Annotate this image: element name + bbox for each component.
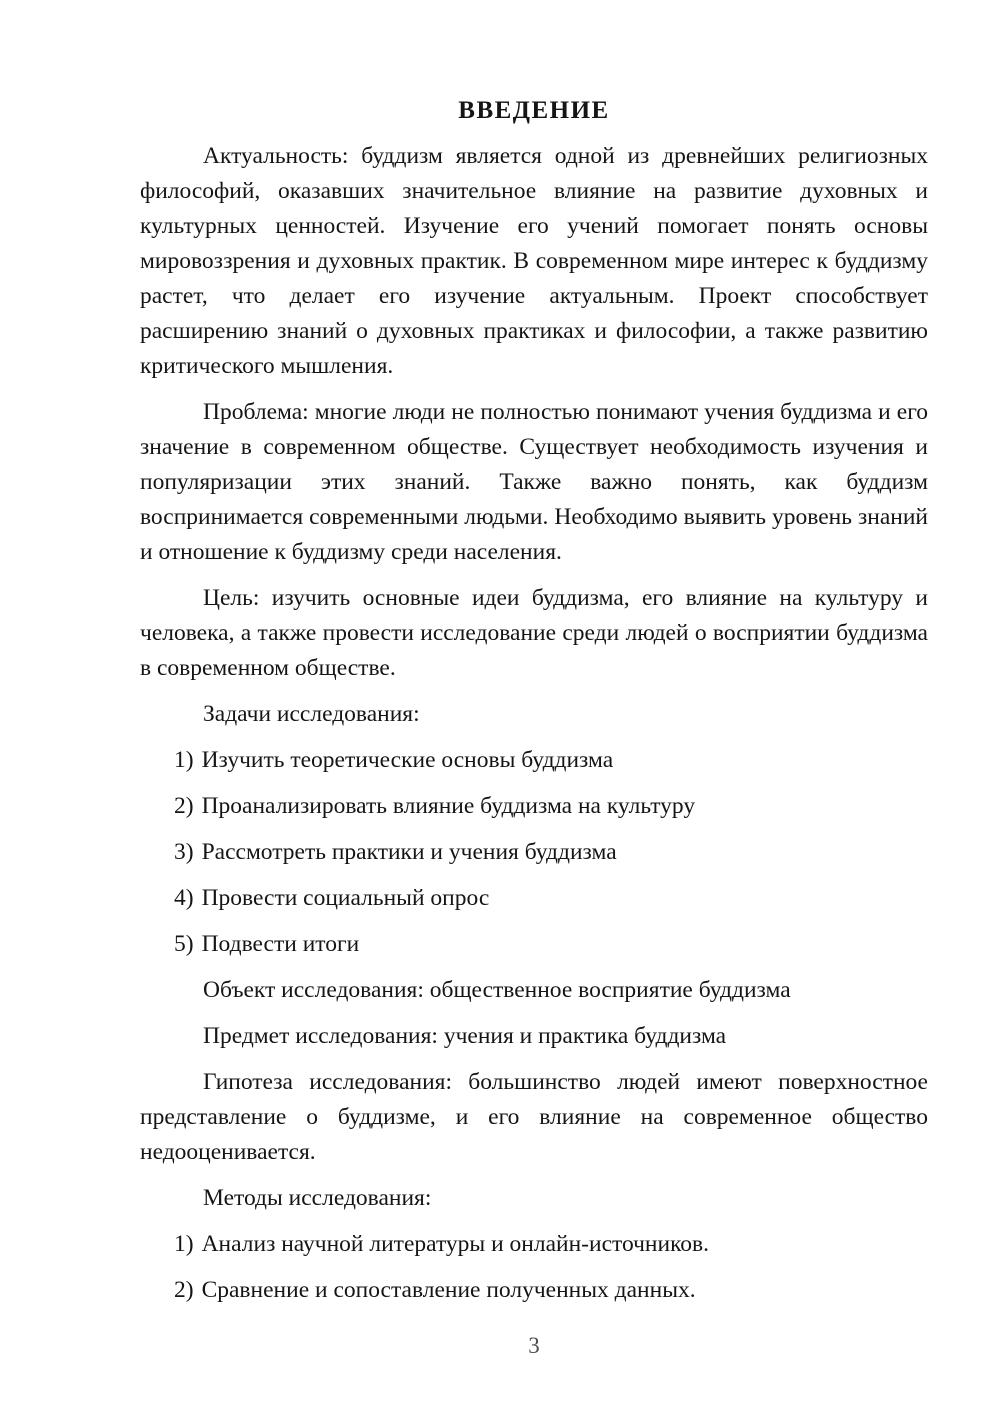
document-page: ВВЕДЕНИЕ Актуальность: буддизм является … [0, 0, 1000, 1414]
task-item-text: Подвести итоги [202, 931, 360, 957]
task-item-3: 3)Рассмотреть практики и учения буддизма [174, 835, 928, 870]
task-item-number: 5) [174, 931, 194, 957]
task-item-2: 2)Проанализировать влияние буддизма на к… [174, 789, 928, 824]
paragraph-problem: Проблема: многие люди не полностью поним… [140, 395, 928, 570]
task-item-1: 1)Изучить теоретические основы буддизма [174, 743, 928, 778]
task-item-number: 3) [174, 839, 194, 865]
paragraph-goal: Цель: изучить основные идеи буддизма, ег… [140, 581, 928, 686]
page-number: 3 [140, 1328, 928, 1363]
page-title: ВВЕДЕНИЕ [140, 93, 928, 128]
task-item-text: Проанализировать влияние буддизма на кул… [202, 793, 696, 819]
task-item-text: Рассмотреть практики и учения буддизма [202, 839, 617, 865]
task-item-4: 4)Провести социальный опрос [174, 881, 928, 916]
paragraph-object: Объект исследования: общественное воспри… [140, 973, 928, 1008]
methods-list: 1)Анализ научной литературы и онлайн-ист… [174, 1227, 928, 1308]
method-item-number: 1) [174, 1231, 194, 1257]
method-item-text: Анализ научной литературы и онлайн-источ… [202, 1231, 709, 1257]
task-item-5: 5)Подвести итоги [174, 927, 928, 962]
tasks-heading: Задачи исследования: [140, 697, 928, 732]
method-item-1: 1)Анализ научной литературы и онлайн-ист… [174, 1227, 928, 1262]
task-item-number: 1) [174, 747, 194, 773]
task-item-number: 4) [174, 885, 194, 911]
method-item-number: 2) [174, 1277, 194, 1303]
methods-heading: Методы исследования: [140, 1181, 928, 1216]
method-item-2: 2)Сравнение и сопоставление полученных д… [174, 1273, 928, 1308]
paragraph-hypothesis: Гипотеза исследования: большинство людей… [140, 1065, 928, 1170]
task-item-number: 2) [174, 793, 194, 819]
task-item-text: Изучить теоретические основы буддизма [202, 747, 614, 773]
tasks-list: 1)Изучить теоретические основы буддизма … [174, 743, 928, 962]
paragraph-relevance: Актуальность: буддизм является одной из … [140, 139, 928, 384]
method-item-text: Сравнение и сопоставление полученных дан… [202, 1277, 696, 1303]
paragraph-subject: Предмет исследования: учения и практика … [140, 1019, 928, 1054]
task-item-text: Провести социальный опрос [202, 885, 490, 911]
